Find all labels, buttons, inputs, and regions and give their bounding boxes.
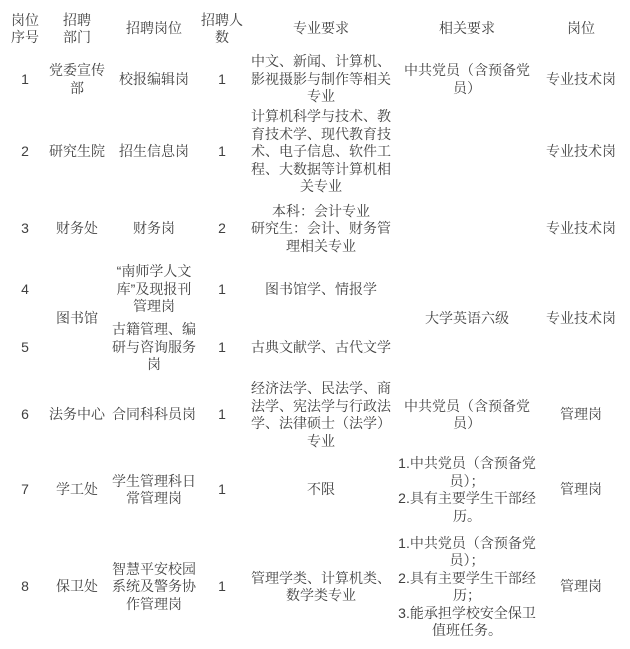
cell-related-req <box>396 107 538 197</box>
cell-post-no: 7 <box>6 453 44 527</box>
cell-post-type: 专业技术岗 <box>538 261 624 377</box>
cell-post-no: 8 <box>6 527 44 647</box>
table-row: 2 研究生院 招生信息岗 1 计算机科学与技术、教育技术学、现代教育技术、电子信… <box>6 107 624 197</box>
cell-post-no: 1 <box>6 52 44 107</box>
cell-major-req: 不限 <box>246 453 396 527</box>
header-row: 岗位 序号 招聘 部门 招聘岗位 招聘人 数 专业要求 相关要求 岗位 <box>6 6 624 52</box>
recruitment-table: 岗位 序号 招聘 部门 招聘岗位 招聘人 数 专业要求 相关要求 岗位 1 党委… <box>6 6 624 647</box>
table-header: 岗位 序号 招聘 部门 招聘岗位 招聘人 数 专业要求 相关要求 岗位 <box>6 6 624 52</box>
cell-major-req: 古典文献学、古代文学 <box>246 318 396 377</box>
cell-position: 校报编辑岗 <box>110 52 198 107</box>
cell-post-no: 5 <box>6 318 44 377</box>
cell-department: 学工处 <box>44 453 110 527</box>
cell-post-no: 4 <box>6 261 44 318</box>
cell-count: 1 <box>198 527 246 647</box>
cell-related-req: 中共党员（含预备党员） <box>396 52 538 107</box>
cell-position: 招生信息岗 <box>110 107 198 197</box>
header-count: 招聘人 数 <box>198 6 246 52</box>
cell-major-req: 本科：会计专业 研究生：会计、财务管理相关专业 <box>246 197 396 261</box>
table-row: 4 图书馆 “南师学人文库”及现报刊管理岗 1 图书馆学、情报学 大学英语六级 … <box>6 261 624 318</box>
cell-count: 1 <box>198 261 246 318</box>
cell-post-type: 管理岗 <box>538 377 624 453</box>
table-row: 1 党委宣传部 校报编辑岗 1 中文、新闻、计算机、影视摄影与制作等相关专业 中… <box>6 52 624 107</box>
cell-major-req: 图书馆学、情报学 <box>246 261 396 318</box>
cell-department: 研究生院 <box>44 107 110 197</box>
cell-department: 财务处 <box>44 197 110 261</box>
cell-position: “南师学人文库”及现报刊管理岗 <box>110 261 198 318</box>
cell-department: 党委宣传部 <box>44 52 110 107</box>
cell-post-no: 3 <box>6 197 44 261</box>
header-major-req: 专业要求 <box>246 6 396 52</box>
cell-position: 智慧平安校园系统及警务协作管理岗 <box>110 527 198 647</box>
cell-major-req: 管理学类、计算机类、数学类专业 <box>246 527 396 647</box>
cell-related-req: 大学英语六级 <box>396 261 538 377</box>
cell-major-req: 计算机科学与技术、教育技术学、现代教育技术、电子信息、软件工程、大数据等计算机相… <box>246 107 396 197</box>
header-department: 招聘 部门 <box>44 6 110 52</box>
table-body: 1 党委宣传部 校报编辑岗 1 中文、新闻、计算机、影视摄影与制作等相关专业 中… <box>6 52 624 647</box>
cell-major-req: 中文、新闻、计算机、影视摄影与制作等相关专业 <box>246 52 396 107</box>
cell-related-req: 中共党员（含预备党员） <box>396 377 538 453</box>
cell-department: 法务中心 <box>44 377 110 453</box>
table-row: 8 保卫处 智慧平安校园系统及警务协作管理岗 1 管理学类、计算机类、数学类专业… <box>6 527 624 647</box>
cell-count: 2 <box>198 197 246 261</box>
cell-related-req <box>396 197 538 261</box>
cell-post-type: 专业技术岗 <box>538 107 624 197</box>
cell-major-req: 经济法学、民法学、商法学、宪法学与行政法学、法律硕士（法学）专业 <box>246 377 396 453</box>
cell-count: 1 <box>198 318 246 377</box>
header-post-no: 岗位 序号 <box>6 6 44 52</box>
cell-related-req: 1.中共党员（含预备党员）； 2.具有主要学生干部经历。 <box>396 453 538 527</box>
cell-department: 保卫处 <box>44 527 110 647</box>
cell-post-type: 管理岗 <box>538 527 624 647</box>
cell-post-type: 管理岗 <box>538 453 624 527</box>
cell-position: 古籍管理、编研与咨询服务岗 <box>110 318 198 377</box>
cell-count: 1 <box>198 107 246 197</box>
header-position: 招聘岗位 <box>110 6 198 52</box>
cell-count: 1 <box>198 377 246 453</box>
table-row: 6 法务中心 合同科科员岗 1 经济法学、民法学、商法学、宪法学与行政法学、法律… <box>6 377 624 453</box>
cell-post-type: 专业技术岗 <box>538 197 624 261</box>
cell-position: 学生管理科日常管理岗 <box>110 453 198 527</box>
table-row: 7 学工处 学生管理科日常管理岗 1 不限 1.中共党员（含预备党员）； 2.具… <box>6 453 624 527</box>
cell-department: 图书馆 <box>44 261 110 377</box>
header-post-type: 岗位 <box>538 6 624 52</box>
cell-related-req: 1.中共党员（含预备党员）； 2.具有主要学生干部经历； 3.能承担学校安全保卫… <box>396 527 538 647</box>
cell-post-no: 2 <box>6 107 44 197</box>
cell-position: 合同科科员岗 <box>110 377 198 453</box>
header-related-req: 相关要求 <box>396 6 538 52</box>
cell-post-no: 6 <box>6 377 44 453</box>
table-row: 3 财务处 财务岗 2 本科：会计专业 研究生：会计、财务管理相关专业 专业技术… <box>6 197 624 261</box>
cell-count: 1 <box>198 52 246 107</box>
cell-count: 1 <box>198 453 246 527</box>
cell-position: 财务岗 <box>110 197 198 261</box>
cell-post-type: 专业技术岗 <box>538 52 624 107</box>
